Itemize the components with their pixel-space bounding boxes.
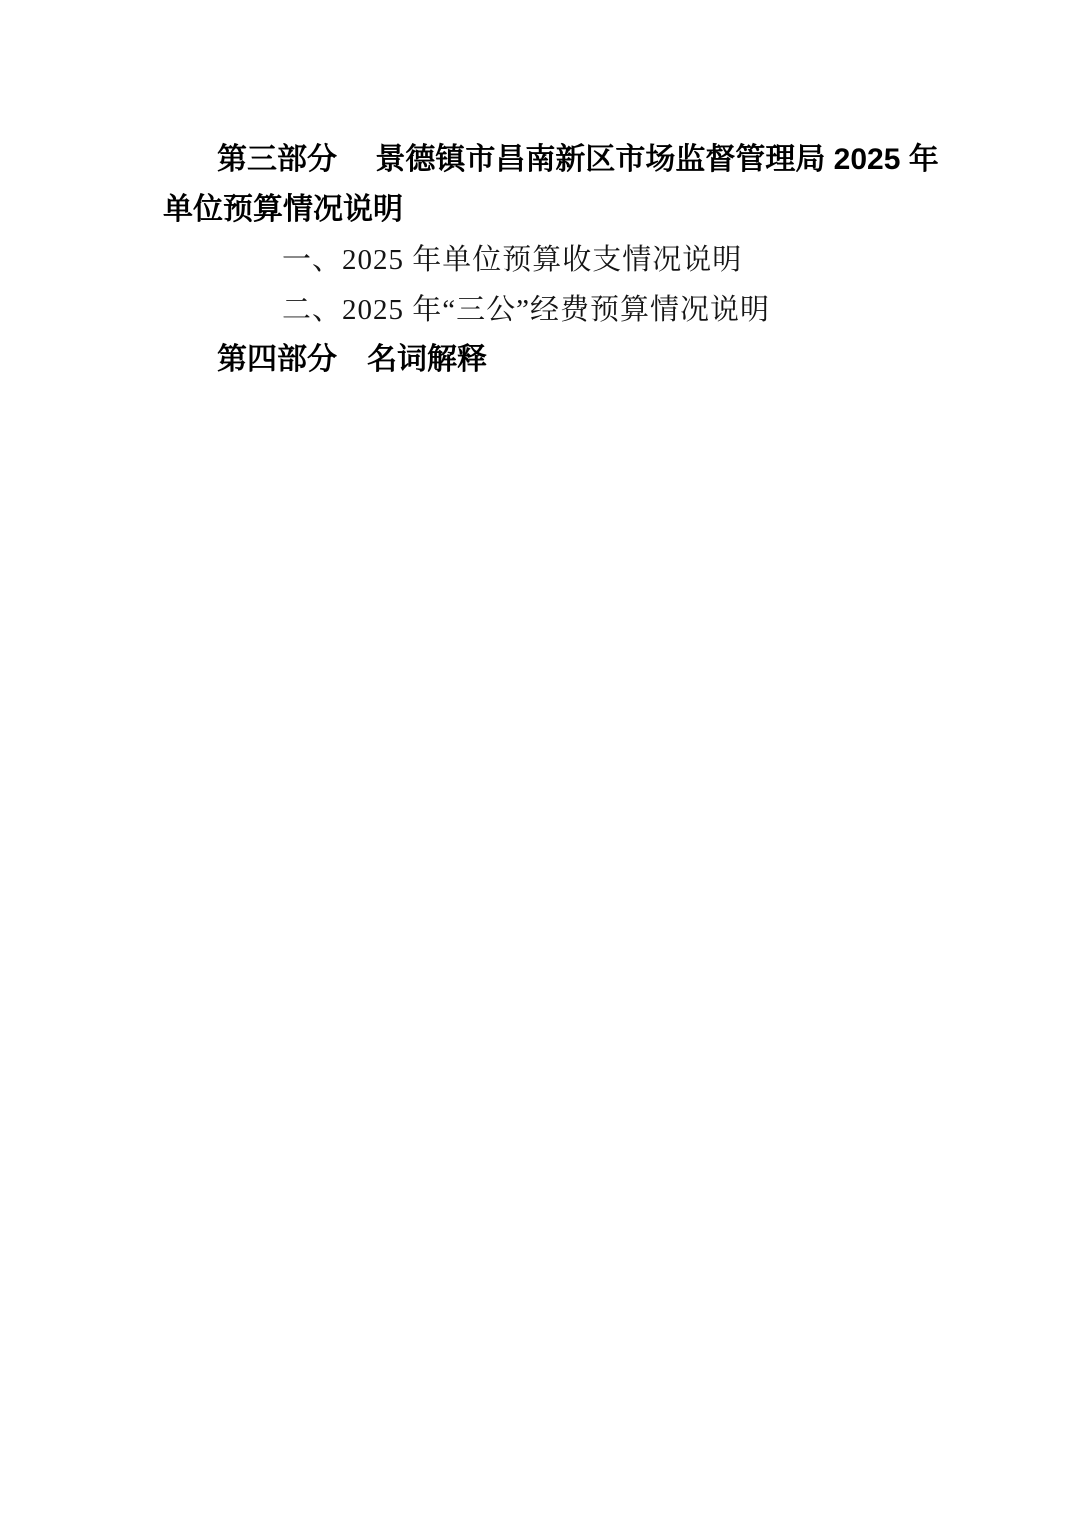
toc-content: 第三部分 景德镇市昌南新区市场监督管理局 2025 年 单位预算情况说明 一、2… (163, 135, 913, 385)
part3-heading-line1: 第三部分 景德镇市昌南新区市场监督管理局 2025 年 (163, 135, 913, 185)
part3-heading-line2: 单位预算情况说明 (163, 185, 913, 235)
part4-heading: 第四部分 名词解释 (163, 335, 913, 385)
document-page: 第三部分 景德镇市昌南新区市场监督管理局 2025 年 单位预算情况说明 一、2… (0, 0, 1074, 1520)
toc-item-1: 一、2025 年单位预算收支情况说明 (163, 235, 913, 285)
toc-item-2: 二、2025 年“三公”经费预算情况说明 (163, 285, 913, 335)
